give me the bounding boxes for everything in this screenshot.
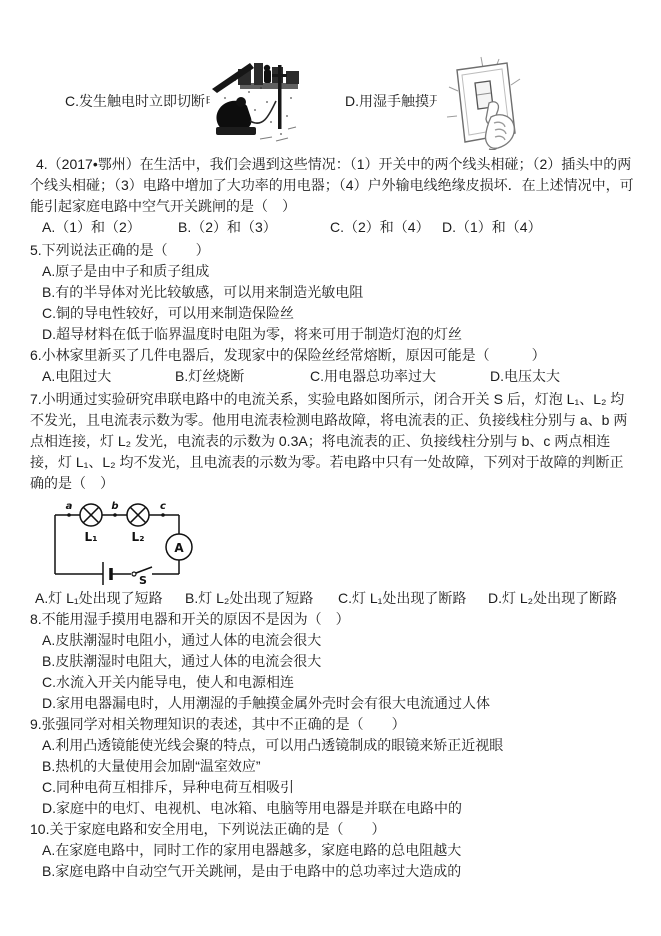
worksheet-page: C.发生触电时立即切断电源 [0,0,661,936]
lamp-l2-label: L₂ [132,530,145,544]
q10-option-a: A.在家庭电路中，同时工作的家用电器越多，家庭电路的总电阻越大 [0,840,661,861]
question-6-text: 6.小林家里新买了几件电器后，发现家中的保险丝经常熔断，原因可能是（ ） [30,345,635,366]
circuit-wires [55,515,179,574]
question-8-text: 8.不能用湿手摸用电器和开关的原因不是因为（ ） [30,609,635,630]
q4-option-b: B.（2）和（3） [178,217,277,238]
question-10-options: A.在家庭电路中，同时工作的家用电器越多，家庭电路的总电阻越大 B.家庭电路中自… [0,840,661,882]
prev-question-options-row: C.发生触电时立即切断电源 [0,55,661,150]
q10-option-b: B.家庭电路中自动空气开关跳闸，是由于电路中的总功率过大造成的 [0,861,661,882]
q9-option-c: C.同种电荷互相排斥，异种电荷互相吸引 [0,777,661,798]
q4-option-d: D.（1）和（4） [442,217,542,238]
question-7-options-row: A.灯 L₁处出现了短路 B.灯 L₂处出现了短路 C.灯 L₁处出现了断路 D… [0,588,661,609]
q8-option-b: B.皮肤潮湿时电阻大，通过人体的电流会很大 [0,651,661,672]
power-cutoff-scene-image [210,57,302,145]
question-9-text: 9.张强同学对相关物理知识的表述，其中不正确的是（ ） [30,714,635,735]
hand-touching-switch-image [437,55,529,150]
q4-option-a: A.（1）和（2） [42,217,141,238]
q5-option-b: B.有的半导体对光比较敏感，可以用来制造光敏电阻 [0,282,661,303]
circuit-figure: A a b c L₁ L₂ S [45,501,661,585]
question-8-options: A.皮肤潮湿时电阻小，通过人体的电流会很大 B.皮肤潮湿时电阻大，通过人体的电流… [0,630,661,714]
lamp-l1-symbol [80,504,102,526]
point-a-label: a [66,501,73,512]
lamp-l1-label: L₁ [85,530,98,544]
question-4-text: 4.（2017•鄂州）在生活中，我们会遇到这些情况：（1）开关中的两个线头相碰；… [30,154,635,217]
question-5-text: 5.下列说法正确的是（ ） [30,240,635,261]
lamp-l2-symbol [127,504,149,526]
q7-option-a: A.灯 L₁处出现了短路 [35,588,163,609]
q7-option-b: B.灯 L₂处出现了短路 [185,588,313,609]
switch-label: S [139,574,147,585]
q5-option-c: C.铜的导电性较好，可以用来制造保险丝 [0,303,661,324]
q9-option-b: B.热机的大量使用会加剧“温室效应” [0,756,661,777]
q9-option-a: A.利用凸透镜能使光线会聚的特点，可以用凸透镜制成的眼镜来矫正近视眼 [0,735,661,756]
ammeter-label: A [174,541,184,555]
option-c-label: C.发生触电时立即切断电源 [65,91,233,112]
question-7-text: 7.小明通过实验研究串联电路中的电流关系，实验电路如图所示，闭合开关 S 后，灯… [30,389,635,494]
question-6-options-row: A.电阻过大 B.灯丝烧断 C.用电器总功率过大 D.电压太大 [0,366,661,387]
question-9-options: A.利用凸透镜能使光线会聚的特点，可以用凸透镜制成的眼镜来矫正近视眼 B.热机的… [0,735,661,819]
q6-option-d: D.电压太大 [490,366,560,387]
question-4-options-row: A.（1）和（2） B.（2）和（3） C.（2）和（4） D.（1）和（4） [0,217,661,238]
ammeter-symbol: A [166,534,192,560]
q5-option-a: A.原子是由中子和质子组成 [0,261,661,282]
q6-option-a: A.电阻过大 [42,366,111,387]
q9-option-d: D.家庭中的电灯、电视机、电冰箱、电脑等用电器是并联在电路中的 [0,798,661,819]
q6-option-c: C.用电器总功率过大 [310,366,436,387]
q8-option-d: D.家用电器漏电时，人用潮湿的手触摸金属外壳时会有很大电流通过人体 [0,693,661,714]
question-10-text: 10.关于家庭电路和安全用电，下列说法正确的是（ ） [30,819,635,840]
q8-option-c: C.水流入开关内能导电，使人和电源相连 [0,672,661,693]
point-b-label: b [111,501,118,512]
q4-option-c: C.（2）和（4） [330,217,430,238]
question-5-options: A.原子是由中子和质子组成 B.有的半导体对光比较敏感，可以用来制造光敏电阻 C… [0,261,661,345]
q8-option-a: A.皮肤潮湿时电阻小，通过人体的电流会很大 [0,630,661,651]
q7-option-c: C.灯 L₁处出现了断路 [338,588,466,609]
point-c-label: c [160,501,166,512]
q7-option-d: D.灯 L₂处出现了断路 [488,588,617,609]
battery-symbol [103,562,111,585]
sketch-figure-standing [264,65,271,83]
q6-option-b: B.灯丝烧断 [175,366,244,387]
q5-option-d: D.超导材料在低于临界温度时电阻为零，将来可用于制造灯泡的灯丝 [0,324,661,345]
series-circuit-diagram: A a b c L₁ L₂ S [45,501,197,585]
